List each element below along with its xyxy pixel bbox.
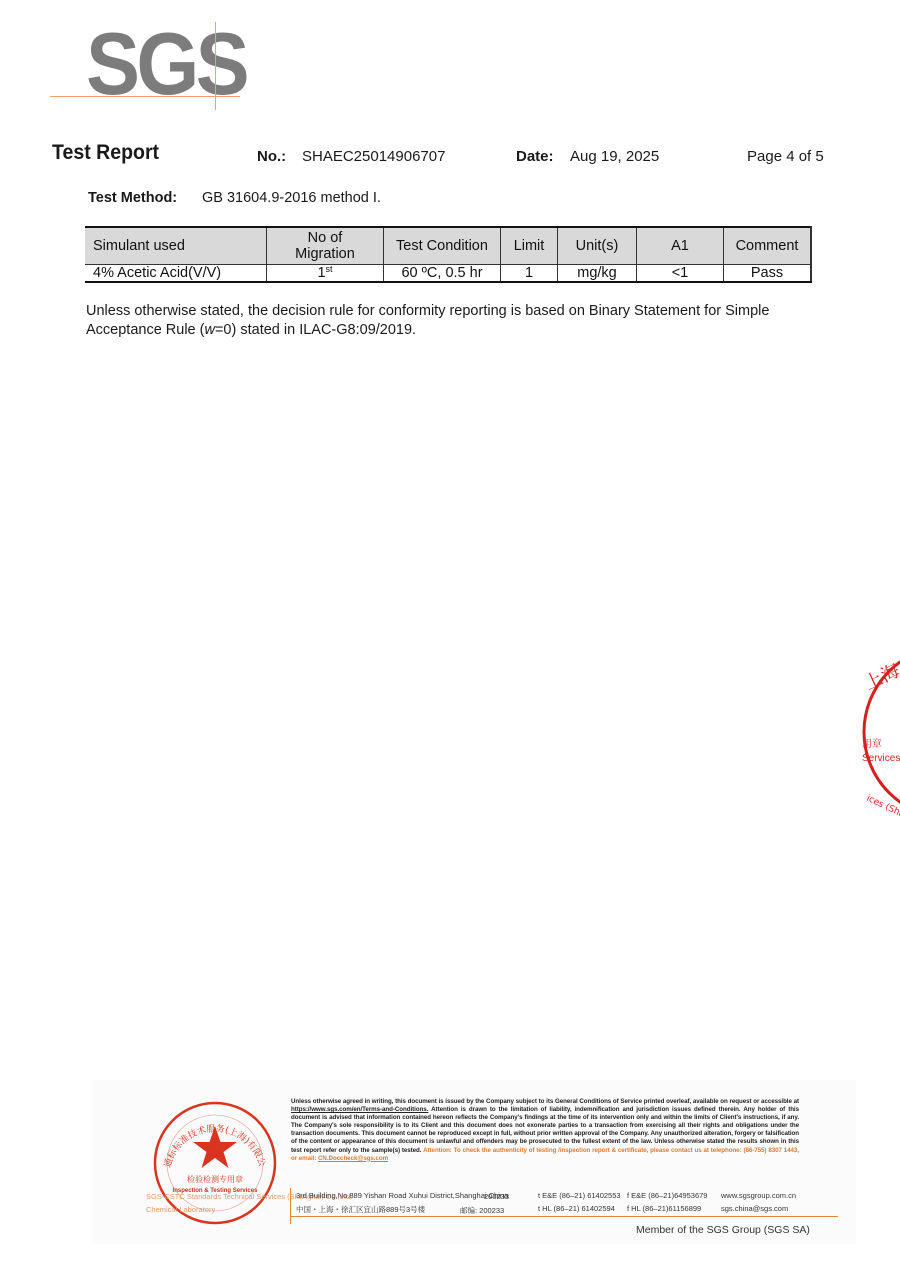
- footer-divider-vertical: [290, 1188, 291, 1224]
- migration-suffix: st: [326, 264, 333, 274]
- logo-accent-line: [50, 96, 240, 97]
- cell-test-condition: 60 ºC, 0.5 hr: [384, 265, 501, 283]
- tel-hl: t HL (86–21) 61402594: [538, 1204, 615, 1213]
- logo-accent-line-vertical: [215, 22, 216, 110]
- contact-email-link[interactable]: sgs.china@sgs.com: [721, 1204, 788, 1213]
- seal-partial-en: Services: [862, 752, 900, 766]
- migration-number: 1: [317, 265, 325, 281]
- legal-disclaimer: Unless otherwise agreed in writing, this…: [291, 1098, 799, 1163]
- test-method-value: GB 31604.9-2016 method I.: [202, 190, 381, 206]
- report-title: Test Report: [52, 141, 159, 165]
- decision-rule-text: Unless otherwise stated, the decision ru…: [86, 303, 769, 338]
- col-migration: No ofMigration: [267, 227, 384, 265]
- doccheck-email-link[interactable]: CN.Doccheck@sgs.com: [318, 1155, 388, 1162]
- cell-comment: Pass: [724, 265, 812, 283]
- report-number-label: No.:: [257, 148, 286, 165]
- decision-rule-statement: Unless otherwise stated, the decision ru…: [86, 302, 826, 340]
- report-number: SHAEC25014906707: [302, 148, 445, 165]
- decision-rule-text-end: =0) stated in ILAC-G8:09/2019.: [215, 322, 416, 338]
- page-indicator: Page 4 of 5: [747, 148, 824, 165]
- col-comment: Comment: [724, 227, 812, 265]
- cell-simulant: 4% Acetic Acid(V/V): [85, 265, 267, 283]
- seal-partial-cn: 用章: [862, 738, 900, 752]
- col-limit: Limit: [501, 227, 558, 265]
- table-row: 4% Acetic Acid(V/V) 1st 60 ºC, 0.5 hr 1 …: [85, 265, 811, 283]
- zip-english: 200233: [484, 1192, 509, 1201]
- cell-a1: <1: [637, 265, 724, 283]
- terms-link[interactable]: https://www.sgs.com/en/Terms-and-Conditi…: [291, 1106, 428, 1113]
- col-test-condition: Test Condition: [384, 227, 501, 265]
- svg-text:检验检测专用章: 检验检测专用章: [187, 1174, 243, 1184]
- member-statement: Member of the SGS Group (SGS SA): [636, 1224, 810, 1236]
- cell-units: mg/kg: [558, 265, 637, 283]
- col-simulant: Simulant used: [85, 227, 267, 265]
- legal-text: Unless otherwise agreed in writing, this…: [291, 1098, 799, 1105]
- col-units: Unit(s): [558, 227, 637, 265]
- report-date-label: Date:: [516, 148, 554, 165]
- decision-rule-w: w: [204, 322, 214, 338]
- address-english: 3rd Building,No.889 Yishan Road Xuhui Di…: [296, 1191, 508, 1200]
- address-chinese: 中国・上海・徐汇区宜山路889号3号楼: [296, 1204, 425, 1215]
- zip-chinese: 邮编: 200233: [460, 1205, 504, 1216]
- report-date: Aug 19, 2025: [570, 148, 659, 165]
- results-table: Simulant used No ofMigration Test Condit…: [85, 226, 812, 283]
- fax-ee: f E&E (86–21)64953679: [627, 1191, 707, 1200]
- table-header-row: Simulant used No ofMigration Test Condit…: [85, 227, 811, 265]
- website-link[interactable]: www.sgsgroup.com.cn: [721, 1191, 796, 1200]
- company-seal-partial: 上海 ices (Shang: [862, 640, 900, 820]
- footer-divider: [290, 1216, 838, 1217]
- tel-ee: t E&E (86–21) 61402553: [538, 1191, 621, 1200]
- cell-limit: 1: [501, 265, 558, 283]
- fax-hl: f HL (86–21)61156899: [627, 1204, 701, 1213]
- svg-text:上海: 上海: [862, 660, 900, 694]
- seal-partial-text: 用章 Services: [862, 738, 900, 766]
- test-method-label: Test Method:: [88, 190, 177, 206]
- col-a1: A1: [637, 227, 724, 265]
- cell-migration: 1st: [267, 265, 384, 283]
- sgs-logo: SGS: [86, 20, 246, 108]
